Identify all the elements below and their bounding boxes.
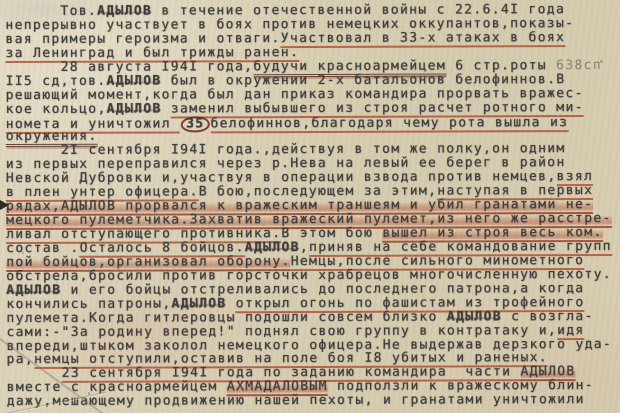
margin-arrow-mark <box>0 200 9 210</box>
document-line: вая примеры героизма и отваги.Участвовал… <box>5 31 619 47</box>
person-name: АДЫЛОВ <box>107 101 162 116</box>
circled-number: 35 <box>181 116 209 132</box>
scanned-document: Тов.АДЫЛОВ в течение отечественной войны… <box>0 0 620 409</box>
person-name: АДЫЛОВ <box>447 309 502 324</box>
text-segment: дажу,мешающему продвижению нашей пехоты,… <box>7 392 585 409</box>
text-segment: состав . <box>6 241 79 256</box>
person-name: АДЫЛОВ <box>6 283 61 298</box>
document-line: номета и уничтожил 35белофиннов,благодар… <box>6 114 620 130</box>
document-line: кое кольцо,АДЫЛОВ заменил выбывшего из с… <box>6 100 620 116</box>
faded-text: 638сп <box>556 58 602 73</box>
person-name: АДЫЛОВ <box>245 240 300 255</box>
text-segment: В этом бою <box>281 226 382 241</box>
person-name: АДЫЛОВ <box>97 4 152 19</box>
person-name: АДЫЛОВ <box>172 296 227 311</box>
document-line: дажу,мешающему продвижению нашей пехоты,… <box>7 393 620 409</box>
red-underlined-text: белофиннов,благодаря чему рота вышла из <box>210 115 568 133</box>
text-segment: , <box>300 240 309 255</box>
text-segment: с возгла- <box>502 309 594 324</box>
red-underlined-text: Участвовал в 33-х атаках в боях <box>281 30 566 48</box>
person-name: АДЫЛОВ <box>106 73 161 88</box>
text-segment: кое кольцо, <box>6 101 107 116</box>
text-segment <box>162 101 171 116</box>
scanned-document-page: Тов.АДЫЛОВ в течение отечественной войны… <box>0 0 620 413</box>
